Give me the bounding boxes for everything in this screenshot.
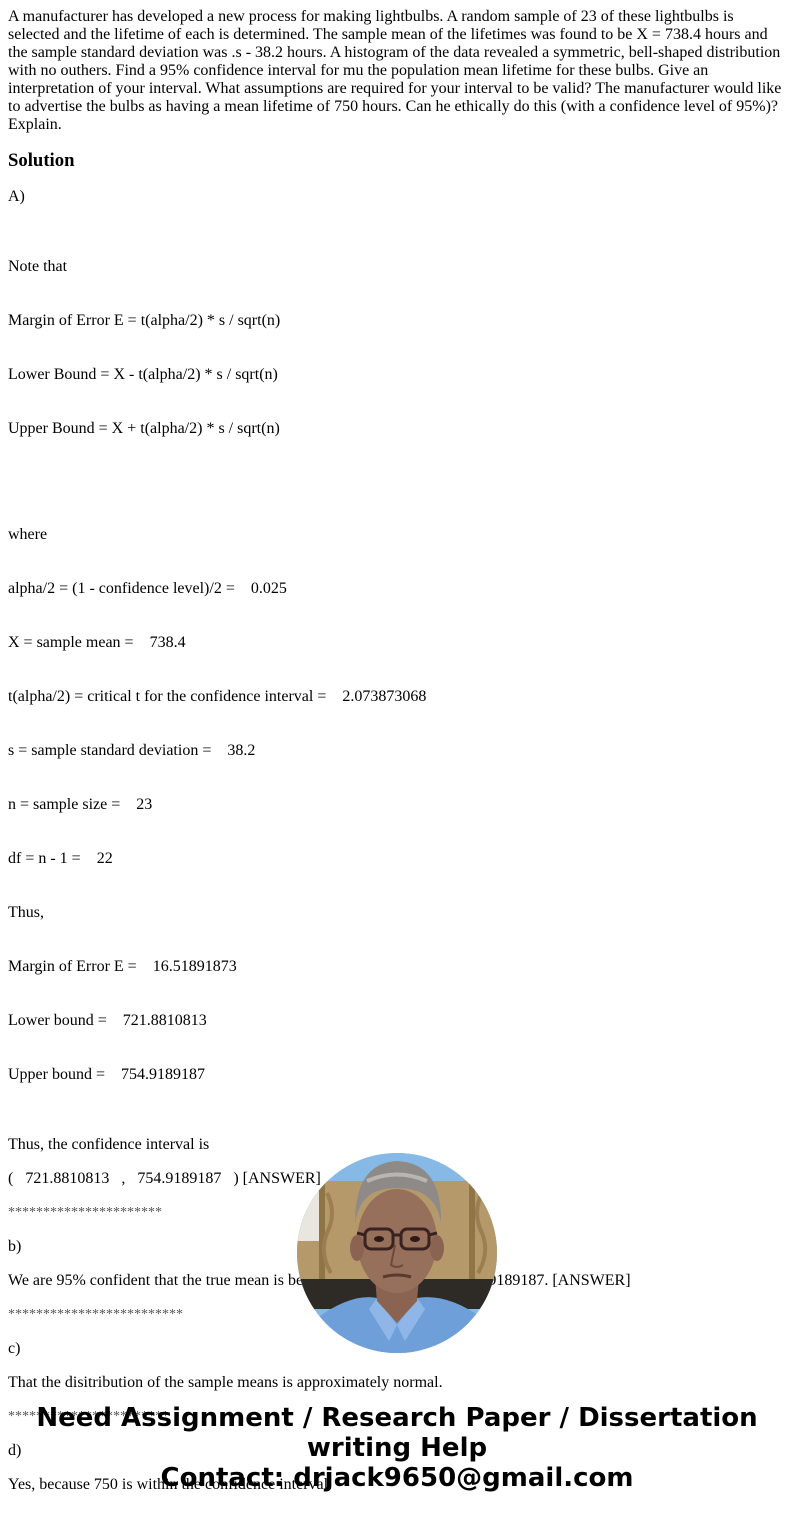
part-c-text: That the disitribution of the sample mea…	[8, 1374, 786, 1392]
formula-line: Lower Bound = X - t(alpha/2) * s / sqrt(…	[8, 366, 786, 384]
value-line: df = n - 1 = 22	[8, 850, 786, 868]
avatar	[297, 1153, 497, 1353]
person-photo-icon	[297, 1153, 497, 1353]
formula-line: Note that	[8, 258, 786, 276]
value-line: Lower bound = 721.8810813	[8, 1012, 786, 1030]
formula-line: Upper Bound = X + t(alpha/2) * s / sqrt(…	[8, 420, 786, 438]
promo-line-1: Need Assignment / Research Paper / Disse…	[0, 1403, 794, 1433]
promo-line-2: writing Help	[0, 1433, 794, 1463]
part-a-label: A)	[8, 188, 786, 206]
question-text: A manufacturer has developed a new proce…	[8, 8, 786, 134]
solution-heading: Solution	[8, 150, 786, 172]
value-line: Thus,	[8, 904, 786, 922]
promo-contact: Contact: drjack9650@gmail.com	[0, 1463, 794, 1493]
value-line: alpha/2 = (1 - confidence level)/2 = 0.0…	[8, 580, 786, 598]
part-a-values: where alpha/2 = (1 - confidence level)/2…	[8, 490, 786, 1120]
value-line: X = sample mean = 738.4	[8, 634, 786, 652]
value-line: Upper bound = 754.9189187	[8, 1066, 786, 1084]
part-a-formulas: Note that Margin of Error E = t(alpha/2)…	[8, 222, 786, 474]
formula-line: Margin of Error E = t(alpha/2) * s / sqr…	[8, 312, 786, 330]
part-a-conclusion: Thus, the confidence interval is	[8, 1136, 786, 1154]
value-line: t(alpha/2) = critical t for the confiden…	[8, 688, 786, 706]
value-line: s = sample standard deviation = 38.2	[8, 742, 786, 760]
value-line: Margin of Error E = 16.51891873	[8, 958, 786, 976]
value-line: n = sample size = 23	[8, 796, 786, 814]
value-line: where	[8, 526, 786, 544]
promo-banner: Need Assignment / Research Paper / Disse…	[0, 1403, 794, 1493]
